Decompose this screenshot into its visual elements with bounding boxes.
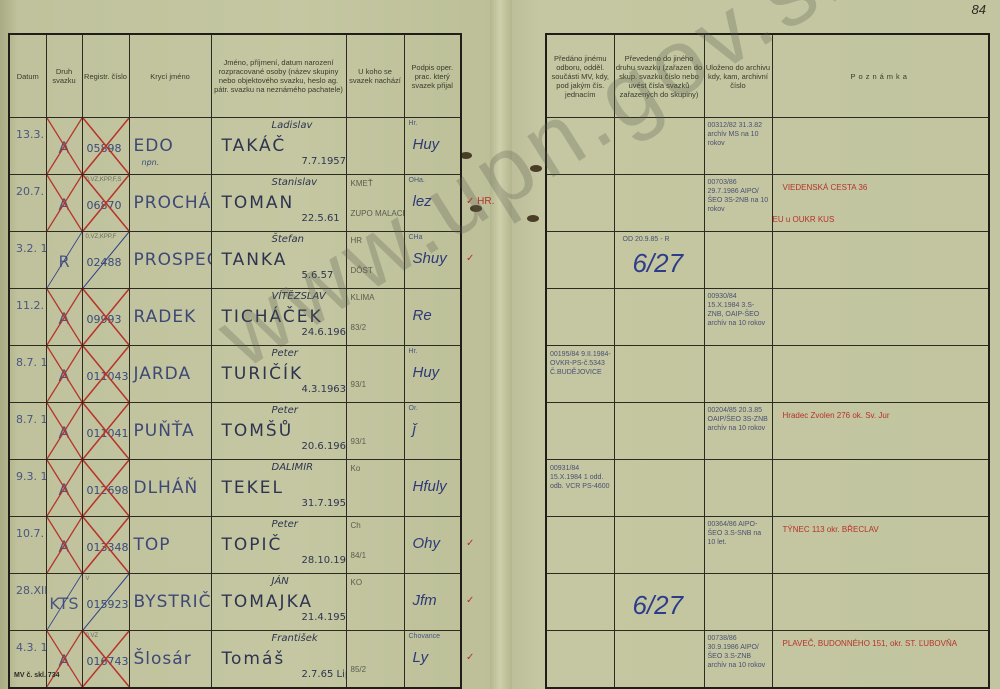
cover-name: EDO	[134, 136, 174, 156]
cell-ulozeno: 00930/84 15.X.1984 3.S-ZNB, OAIP-ŠEO arc…	[704, 289, 772, 346]
cover-name: PUŇŤA	[134, 421, 195, 441]
given-name: JÁN	[272, 576, 289, 587]
cell-person: Peter TURIČÍK 4.3.1963	[211, 346, 346, 403]
given-name: Štefan	[272, 234, 304, 245]
cell-ulozeno: 00204/85 20.3.85 OAIP/ŠEO 3S-ZNB archív …	[704, 403, 772, 460]
cell-poznamka: TÝNEC 113 okr. BŘECLAV	[772, 517, 989, 574]
cell-podpis: Jfm	[404, 574, 461, 631]
holder-text: KLIMA	[351, 293, 375, 302]
header-jmeno-osoby: Jméno, příjmení, datum narození rozpraco…	[211, 34, 346, 118]
birth-date: 20.6.1963	[302, 441, 347, 452]
cell-ulozeno: 00703/86 29.7.1986 AIPO/ŠEO 3S-2NB na 10…	[704, 175, 772, 232]
cell-poznamka	[772, 118, 989, 175]
cover-name: BYSTRIČAN	[134, 592, 212, 612]
header-registr-cislo: Registr. číslo	[82, 34, 129, 118]
cell-person: Štefan TANKA 5.6.57	[211, 232, 346, 289]
margin-check-icon: ✓	[466, 652, 474, 663]
cell-ulozeno: 00312/82 31.3.82 archív MS na 10 rokov	[704, 118, 772, 175]
registr-number: 012698	[87, 484, 129, 497]
signature: Shuy	[413, 250, 447, 267]
table-row: 8.7. 1983 A 011041 PUŇŤA Peter TOMŠŮ 20.…	[9, 403, 461, 460]
druh-text: A	[47, 651, 82, 670]
table-row: 00204/85 20.3.85 OAIP/ŠEO 3S-ZNB archív …	[546, 403, 989, 460]
holder-text: Ch	[351, 521, 361, 530]
cell-person: Stanislav TOMAN 22.5.61	[211, 175, 346, 232]
signature-initials: Hr.	[409, 348, 418, 355]
cell-poznamka: VIEDENSKÁ CESTA 36 EU u OUKR KUS	[772, 175, 989, 232]
holder-text-2: 93/1	[351, 380, 367, 389]
birth-date: 4.3.1963	[302, 384, 347, 395]
cell-podpis: OHa. lez	[404, 175, 461, 232]
signature: Jfm	[413, 592, 437, 609]
book-gutter	[490, 0, 512, 689]
druh-text: A	[47, 309, 82, 328]
registr-note: V	[86, 576, 90, 582]
cover-name: TOP	[134, 535, 171, 555]
registr-number: 013348	[87, 541, 129, 554]
margin-check-icon: ✓	[466, 538, 474, 549]
cell-datum: 10.7. 1984	[9, 517, 46, 574]
date-text: 4.3. 1985	[16, 639, 46, 657]
cell-podpis: Ohy	[404, 517, 461, 574]
cell-prevedeno	[614, 517, 704, 574]
table-row: OD 20.9.85 - R 6/27	[546, 232, 989, 289]
registr-note: 0,VZ	[86, 633, 99, 639]
cell-druh: KTS	[46, 574, 82, 631]
registr-number: 015923	[87, 598, 129, 611]
cell-datum: 28.XII. 1984	[9, 574, 46, 631]
druh-text: A	[47, 480, 82, 499]
cell-predano: 00931/84 15.X.1984 1 odd. odb. VCR PS-46…	[546, 460, 614, 517]
table-row: 00364/86 AIPO-ŠEO 3.S-SNB na 10 let. TÝN…	[546, 517, 989, 574]
cell-kryci-jmeno: PROCHÁZKA	[129, 175, 211, 232]
cell-prevedeno	[614, 631, 704, 688]
birth-date: 5.6.57	[302, 270, 334, 281]
birth-date: 7.7.1957	[302, 156, 347, 167]
cell-kryci-jmeno: PUŇŤA	[129, 403, 211, 460]
surname: TOMAJKA	[222, 592, 314, 612]
cell-poznamka	[772, 460, 989, 517]
holder-text: KO	[351, 578, 363, 587]
cell-person: DALIMIR TEKEL 31.7.1955 Ždiar	[211, 460, 346, 517]
druh-text: KTS	[47, 594, 82, 613]
cell-datum: 13.3. 1981	[9, 118, 46, 175]
cell-druh: A	[46, 175, 82, 232]
table-row: 11.2. 1983 A 09993 RADEK VÍTĚZSLAV TICHÁ…	[9, 289, 461, 346]
cell-registr: 05898	[82, 118, 129, 175]
cell-kryci-jmeno: EDO npn.	[129, 118, 211, 175]
cell-predano	[546, 118, 614, 175]
registr-number: 016743	[87, 655, 129, 668]
table-row: 3.2. 1982 R 0,VZ,KPP,F 02488 PROSPECH Št…	[9, 232, 461, 289]
signature-initials: Hr.	[409, 120, 418, 127]
header-podpis: Podpis oper. prac. který svazek přijal	[404, 34, 461, 118]
cell-registr: 012698	[82, 460, 129, 517]
cell-predano	[546, 232, 614, 289]
table-row: 9.3. 1984 A 012698 DLHÁŇ DALIMIR TEKEL 3…	[9, 460, 461, 517]
given-name: Peter	[272, 405, 298, 416]
cell-podpis: Chovance Ly	[404, 631, 461, 688]
cell-predano	[546, 289, 614, 346]
cell-prevedeno: 6/27	[614, 574, 704, 631]
header-ulozeno: Uloženo do archivu kdy, kam, archivní čí…	[704, 34, 772, 118]
registr-number: 011043	[87, 370, 129, 383]
cell-podpis: CHa Shuy	[404, 232, 461, 289]
registr-note: 0,VZ,KPP,F,S	[86, 177, 122, 183]
header-druh-svazku: Druh svazku	[46, 34, 82, 118]
cell-kryci-jmeno: DLHÁŇ	[129, 460, 211, 517]
note-text: TÝNEC 113 okr. BŘECLAV	[783, 525, 879, 534]
holder-text-2: ZUPO MALACKY	[351, 209, 405, 218]
registr-number: 05898	[87, 142, 122, 155]
cell-podpis: Re	[404, 289, 461, 346]
druh-text: A	[47, 423, 82, 442]
cell-u-koho: Ko	[346, 460, 404, 517]
signature: Huy	[413, 136, 440, 153]
group-number: 6/27	[633, 248, 684, 279]
cell-poznamka	[772, 232, 989, 289]
surname: TOPIČ	[222, 535, 283, 555]
signature: Hfuly	[413, 478, 447, 495]
signature: lez	[413, 193, 432, 210]
cell-u-koho: 85/2	[346, 631, 404, 688]
note-text: VIEDENSKÁ CESTA 36	[783, 183, 868, 192]
holder-text-2: 83/2	[351, 323, 367, 332]
cell-kryci-jmeno: PROSPECH	[129, 232, 211, 289]
cell-poznamka	[772, 574, 989, 631]
cell-druh: A	[46, 346, 82, 403]
cell-kryci-jmeno: RADEK	[129, 289, 211, 346]
surname: TURIČÍK	[222, 364, 304, 384]
cell-datum: 9.3. 1984	[9, 460, 46, 517]
cover-name-note: npn.	[142, 158, 160, 167]
punch-hole	[530, 165, 542, 172]
cell-u-koho: KMEŤ ZUPO MALACKY	[346, 175, 404, 232]
holder-text: HR	[351, 236, 363, 245]
cell-u-koho: KLIMA 83/2	[346, 289, 404, 346]
surname: TOMAN	[222, 193, 295, 213]
cell-registr: 011041	[82, 403, 129, 460]
cell-ulozeno	[704, 232, 772, 289]
punch-hole	[527, 215, 539, 222]
druh-text: A	[47, 195, 82, 214]
cell-podpis: Hfuly	[404, 460, 461, 517]
archive-text: 00312/82 31.3.82 archív MS na 10 rokov	[708, 121, 770, 148]
cell-druh: A	[46, 289, 82, 346]
date-text: 3.2. 1982	[16, 240, 46, 258]
conversion-text: OD 20.9.85 - R	[623, 235, 670, 244]
surname: TICHÁČEK	[222, 307, 323, 327]
note-text-2: EU u OUKR KUS	[773, 215, 835, 224]
margin-check-icon: ✓	[466, 253, 474, 264]
header-datum: Datum	[9, 34, 46, 118]
cell-druh: A	[46, 517, 82, 574]
cell-kryci-jmeno: TOP	[129, 517, 211, 574]
registr-number: 011041	[87, 427, 129, 440]
table-row: 20.7. 81 A 0,VZ,KPP,F,S 06870 PROCHÁZKA …	[9, 175, 461, 232]
cell-u-koho: KO	[346, 574, 404, 631]
signature-initials: Or.	[409, 405, 418, 412]
given-name: DALIMIR	[272, 462, 314, 473]
birth-date: 22.5.61	[302, 213, 340, 224]
surname: TAKÁČ	[222, 136, 287, 156]
date-text: 8.7. 1983	[16, 354, 46, 372]
surname: Tomáš	[222, 649, 286, 669]
header-predano: Předáno jinému odboru, odděl. součásti M…	[546, 34, 614, 118]
cell-druh: A	[46, 118, 82, 175]
signature: Re	[413, 307, 432, 324]
signature-initials: CHa	[409, 234, 423, 241]
cell-predano	[546, 175, 614, 232]
cell-datum: 11.2. 1983	[9, 289, 46, 346]
given-name: František	[272, 633, 318, 644]
cell-poznamka: Hradec Zvolen 276 ok. Sv. Jur	[772, 403, 989, 460]
archive-text: 00738/86 30.9.1986 AIPO/ŠEO 3.S-ZNB arch…	[708, 634, 770, 670]
cell-ulozeno	[704, 346, 772, 403]
birth-date: 24.6.1963	[302, 327, 347, 338]
margin-check-icon: ✓	[466, 595, 474, 606]
header-poznamka: Poznámka	[772, 34, 989, 118]
date-text: 20.7. 81	[16, 183, 46, 201]
form-code: MV č. skl. 734	[14, 672, 60, 679]
signature: ǰ	[413, 421, 416, 438]
cover-name: Šlosár	[134, 649, 192, 669]
archive-text: 00703/86 29.7.1986 AIPO/ŠEO 3S-2NB na 10…	[708, 178, 770, 214]
cover-name: RADEK	[134, 307, 197, 327]
transfer-text: 00931/84 15.X.1984 1 odd. odb. VCR PS-46…	[550, 464, 612, 491]
druh-text: A	[47, 138, 82, 157]
druh-text: R	[47, 252, 82, 271]
cell-registr: 09993	[82, 289, 129, 346]
cell-predano	[546, 517, 614, 574]
cell-u-koho: 93/1	[346, 346, 404, 403]
cell-registr: V 015923	[82, 574, 129, 631]
group-number: 6/27	[633, 590, 684, 621]
cell-druh: R	[46, 232, 82, 289]
date-text: 8.7. 1983	[16, 411, 46, 429]
signature-initials: Chovance	[409, 633, 441, 640]
signature: Ohy	[413, 535, 441, 552]
cell-prevedeno	[614, 289, 704, 346]
cell-registr: 013348	[82, 517, 129, 574]
given-name: Peter	[272, 348, 298, 359]
cell-person: VÍTĚZSLAV TICHÁČEK 24.6.1963	[211, 289, 346, 346]
given-name: Stanislav	[272, 177, 318, 188]
cell-predano	[546, 574, 614, 631]
cell-druh: A	[46, 460, 82, 517]
holder-text-2: 84/1	[351, 551, 367, 560]
table-row: 10.7. 1984 A 013348 TOP Peter TOPIČ 28.1…	[9, 517, 461, 574]
cover-name: DLHÁŇ	[134, 478, 199, 498]
holder-text: KMEŤ	[351, 179, 373, 188]
note-text: Hradec Zvolen 276 ok. Sv. Jur	[783, 411, 890, 420]
cell-datum: 8.7. 1983	[9, 403, 46, 460]
cell-person: JÁN TOMAJKA 21.4.1956 Bacúch	[211, 574, 346, 631]
table-row: 13.3. 1981 A 05898 EDO npn. Ladislav TAK…	[9, 118, 461, 175]
cell-podpis: Hr. Huy	[404, 118, 461, 175]
date-text: 9.3. 1984	[16, 468, 46, 486]
table-row: 00703/86 29.7.1986 AIPO/ŠEO 3S-2NB na 10…	[546, 175, 989, 232]
cell-ulozeno	[704, 460, 772, 517]
cell-poznamka	[772, 346, 989, 403]
birth-date: 21.4.1956 Bacúch	[302, 612, 347, 623]
table-row: 6/27	[546, 574, 989, 631]
registr-number: 09993	[87, 313, 122, 326]
table-row: 00931/84 15.X.1984 1 odd. odb. VCR PS-46…	[546, 460, 989, 517]
header-u-koho: U koho se svazek nachází	[346, 34, 404, 118]
cell-prevedeno	[614, 460, 704, 517]
table-row: 00195/84 9.II.1984-OVKR-PS-č.5343 Č.BUDĚ…	[546, 346, 989, 403]
cell-u-koho	[346, 118, 404, 175]
cell-podpis: Or. ǰ	[404, 403, 461, 460]
cell-datum: 8.7. 1983	[9, 346, 46, 403]
holder-text-2: 85/2	[351, 665, 367, 674]
table-row: 00312/82 31.3.82 archív MS na 10 rokov	[546, 118, 989, 175]
transfer-text: 00195/84 9.II.1984-OVKR-PS-č.5343 Č.BUDĚ…	[550, 350, 612, 377]
date-text: 10.7. 1984	[16, 525, 46, 543]
holder-text-2: DÔST	[351, 266, 373, 275]
cell-prevedeno	[614, 346, 704, 403]
header-prevedeno: Převedeno do jiného druhu svazku (zařaze…	[614, 34, 704, 118]
druh-text: A	[47, 537, 82, 556]
birth-date: 31.7.1955 Ždiar	[302, 498, 347, 509]
archive-text: 00930/84 15.X.1984 3.S-ZNB, OAIP-ŠEO arc…	[708, 292, 770, 328]
birth-date: 2.7.65 Lipany	[302, 669, 347, 680]
cell-druh: A	[46, 403, 82, 460]
signature-initials: OHa.	[409, 177, 425, 184]
cell-kryci-jmeno: BYSTRIČAN	[129, 574, 211, 631]
page-number: 84	[972, 2, 986, 17]
cover-name: PROSPECH	[134, 250, 212, 270]
cell-prevedeno	[614, 175, 704, 232]
cell-predano	[546, 631, 614, 688]
given-name: VÍTĚZSLAV	[272, 291, 326, 302]
cell-registr: 011043	[82, 346, 129, 403]
date-text: 11.2. 1983	[16, 297, 46, 315]
registr-number: 06870	[87, 199, 122, 212]
registr-note: 0,VZ,KPP,F	[86, 234, 117, 240]
signature: Ly	[413, 649, 429, 666]
cell-registr: 0,VZ,KPP,F 02488	[82, 232, 129, 289]
registr-number: 02488	[87, 256, 122, 269]
header-kryci-jmeno: Krycí jméno	[129, 34, 211, 118]
cover-name: PROCHÁZKA	[134, 193, 212, 213]
given-name: Ladislav	[272, 120, 313, 131]
cell-predano: 00195/84 9.II.1984-OVKR-PS-č.5343 Č.BUDĚ…	[546, 346, 614, 403]
cell-u-koho: 93/1	[346, 403, 404, 460]
cell-poznamka	[772, 289, 989, 346]
cell-podpis: Hr. Huy	[404, 346, 461, 403]
cell-registr: 0,VZ 016743	[82, 631, 129, 688]
table-row: 8.7. 1983 A 011043 JARDA Peter TURIČÍK 4…	[9, 346, 461, 403]
table-row: 4.3. 1985 A 0,VZ 016743 Šlosár František…	[9, 631, 461, 688]
signature: Huy	[413, 364, 440, 381]
date-text: 28.XII. 1984	[16, 582, 46, 600]
register-table-right: Předáno jinému odboru, odděl. součásti M…	[545, 33, 990, 689]
surname: TOMŠŮ	[222, 421, 294, 441]
cell-poznamka: PLAVEČ, BUDONNÉHO 151, okr. ST. ĽUBOVŇA	[772, 631, 989, 688]
archive-text: 00204/85 20.3.85 OAIP/ŠEO 3S-ZNB archív …	[708, 406, 770, 433]
cell-prevedeno	[614, 118, 704, 175]
given-name: Peter	[272, 519, 298, 530]
surname: TEKEL	[222, 478, 285, 498]
date-text: 13.3. 1981	[16, 126, 46, 144]
register-table-left: Datum Druh svazku Registr. číslo Krycí j…	[8, 33, 462, 689]
druh-text: A	[47, 366, 82, 385]
table-row: 00930/84 15.X.1984 3.S-ZNB, OAIP-ŠEO arc…	[546, 289, 989, 346]
holder-text: Ko	[351, 464, 361, 473]
archive-text: 00364/86 AIPO-ŠEO 3.S-SNB na 10 let.	[708, 520, 770, 547]
table-row: 28.XII. 1984 KTS V 015923 BYSTRIČAN JÁN …	[9, 574, 461, 631]
cell-person: Ladislav TAKÁČ 7.7.1957	[211, 118, 346, 175]
cell-ulozeno: 00364/86 AIPO-ŠEO 3.S-SNB na 10 let.	[704, 517, 772, 574]
cover-name: JARDA	[134, 364, 192, 384]
cell-kryci-jmeno: JARDA	[129, 346, 211, 403]
cell-kryci-jmeno: Šlosár	[129, 631, 211, 688]
cell-u-koho: Ch 84/1	[346, 517, 404, 574]
table-row: 00738/86 30.9.1986 AIPO/ŠEO 3.S-ZNB arch…	[546, 631, 989, 688]
cell-person: František Tomáš 2.7.65 Lipany	[211, 631, 346, 688]
cell-u-koho: HR DÔST	[346, 232, 404, 289]
cell-prevedeno	[614, 403, 704, 460]
cell-prevedeno: OD 20.9.85 - R 6/27	[614, 232, 704, 289]
cell-registr: 0,VZ,KPP,F,S 06870	[82, 175, 129, 232]
surname: TANKA	[222, 250, 288, 270]
cell-ulozeno	[704, 574, 772, 631]
cell-datum: 20.7. 81	[9, 175, 46, 232]
cell-person: Peter TOMŠŮ 20.6.1963	[211, 403, 346, 460]
cell-datum: 3.2. 1982	[9, 232, 46, 289]
cell-person: Peter TOPIČ 28.10.1962 Břeclav	[211, 517, 346, 574]
note-text: PLAVEČ, BUDONNÉHO 151, okr. ST. ĽUBOVŇA	[783, 639, 958, 648]
birth-date: 28.10.1962 Břeclav	[302, 555, 347, 566]
holder-text-2: 93/1	[351, 437, 367, 446]
margin-check-icon: ✓ HR.	[466, 196, 494, 207]
cell-predano	[546, 403, 614, 460]
cell-ulozeno: 00738/86 30.9.1986 AIPO/ŠEO 3.S-ZNB arch…	[704, 631, 772, 688]
